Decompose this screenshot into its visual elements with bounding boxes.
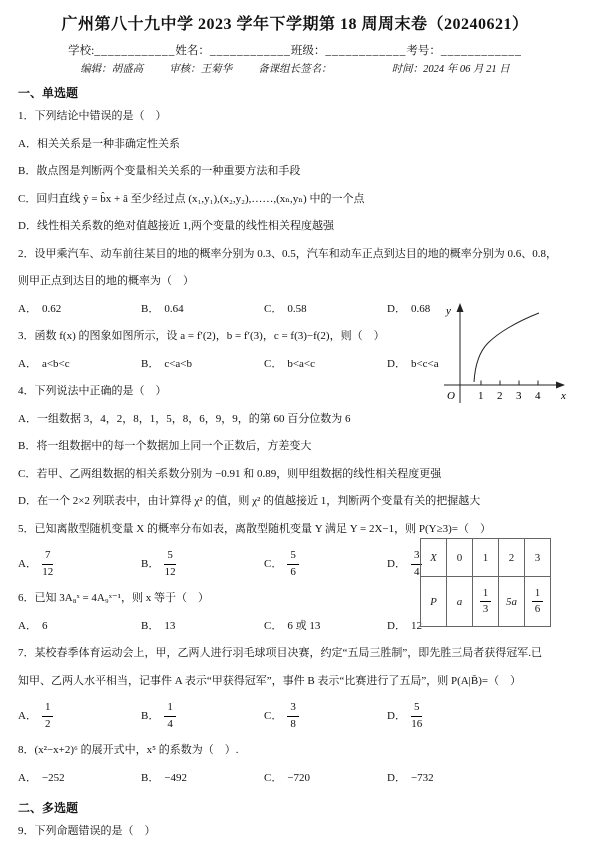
q3-function-graph: y x O 1 2 3 4	[438, 299, 568, 407]
class-field: 班级：____________	[291, 44, 407, 59]
reviewer-name: 审核：王菊华	[169, 62, 232, 77]
table-row-x: X 0 1 2 3	[421, 539, 551, 577]
exam-number-field: 考号：____________	[406, 44, 522, 59]
exam-number-label: 考号：	[406, 45, 441, 57]
school-label: 学校:	[68, 45, 94, 57]
page-title: 广州第八十九中学 2023 学年下学期第 18 周周末卷（20240621）	[18, 13, 572, 37]
school-field: 学校:____________	[68, 44, 175, 59]
question-9-text: 9．下列命题错误的是（ ）	[18, 818, 572, 842]
graph-tick-label-3: 3	[516, 390, 522, 402]
section-single-choice: 一、单选题	[18, 83, 572, 103]
table-cell-x1: 1	[473, 539, 499, 577]
q8-options: A．−252 B．−492 C．−720 D．−732	[18, 765, 572, 793]
q5-option-d: D．34	[387, 549, 422, 578]
q3-option-a: A．a<b<c	[18, 351, 141, 379]
exam-page: 广州第八十九中学 2023 学年下学期第 18 周周末卷（20240621） 学…	[0, 0, 590, 842]
table-cell-p3: 16	[525, 577, 551, 627]
q1-option-a: A．相关关系是一种非确定性关系	[18, 131, 572, 159]
q7-option-c: C．38	[264, 701, 387, 730]
q2-option-d: D．0.68	[387, 296, 430, 324]
q4-option-b: B．将一组数据中的每一个数据加上同一个正数后，方差变大	[18, 433, 572, 461]
graph-y-label: y	[445, 305, 451, 317]
question-1-text: 1．下列结论中错误的是（ ）	[18, 103, 572, 131]
y-axis-arrow-icon	[457, 303, 464, 312]
graph-tick-label-1: 1	[478, 390, 484, 402]
q6-option-d: D．12	[387, 613, 422, 641]
table-cell-p1: 13	[473, 577, 499, 627]
section-multi-choice: 二、多选题	[18, 798, 572, 818]
q4-option-d: D．在一个 2×2 列联表中，由计算得 χ² 的值，则 χ² 的值越接近 1，判…	[18, 488, 572, 516]
q6-option-a: A．6	[18, 613, 141, 641]
q3-option-d: D．b<c<a	[387, 351, 439, 379]
class-label: 班级：	[291, 45, 326, 57]
table-cell-x2: 2	[499, 539, 525, 577]
q8-option-a: A．−252	[18, 765, 141, 793]
question-2-text-line1: 2．设甲乘汽车、动车前往某目的地的概率分别为 0.3、0.5，汽车和动车正点到达…	[18, 241, 572, 269]
q5-option-a: A．712	[18, 549, 141, 578]
exam-date: 时间：2024 年 06 月 21 日	[392, 62, 510, 77]
meta-line: 编辑：胡盛高 审核：王菊华 备课组长签名： 时间：2024 年 06 月 21 …	[18, 62, 572, 77]
table-cell-x3: 3	[525, 539, 551, 577]
q6-option-b: B．13	[141, 613, 264, 641]
table-cell-x: X	[421, 539, 447, 577]
q2-option-c: C．0.58	[264, 296, 387, 324]
class-blank: ____________	[325, 45, 406, 57]
question-7-text-line1: 7．某校春季体育运动会上，甲，乙两人进行羽毛球项目决赛，约定“五局三胜制”，即先…	[18, 640, 572, 668]
function-curve	[474, 313, 539, 382]
table-cell-x0: 0	[447, 539, 473, 577]
question-8-text: 8．(x²−x+2)⁶ 的展开式中，x⁵ 的系数为（ ）.	[18, 737, 572, 765]
q5-option-c: C．56	[264, 549, 387, 578]
q2-option-b: B．0.64	[141, 296, 264, 324]
q1-option-b: B．散点图是判断两个变量相关关系的一种重要方法和手段	[18, 158, 572, 186]
q7-options: A．12 B．14 C．38 D．516	[18, 695, 572, 737]
graph-x-label: x	[560, 390, 566, 402]
name-label: 姓名：	[175, 45, 210, 57]
exam-number-blank: ____________	[441, 45, 522, 57]
q1-option-d: D．线性相关系数的绝对值越接近 1,两个变量的线性相关程度越强	[18, 213, 572, 241]
q3-option-c: C．b<a<c	[264, 351, 387, 379]
question-7-text-line2: 知甲、乙两人水平相当，记事件 A 表示“甲获得冠军”，事件 B 表示“比赛进行了…	[18, 668, 572, 696]
student-info-line: 学校:____________ 姓名：____________ 班级：_____…	[18, 44, 572, 59]
graph-tick-label-4: 4	[535, 390, 541, 402]
q4-option-a: A．一组数据 3，4，2，8，1，5，8，6，9，9，的第 60 百分位数为 6	[18, 406, 572, 434]
table-cell-p0: a	[447, 577, 473, 627]
editor-name: 编辑：胡盛高	[80, 62, 143, 77]
q8-option-d: D．−732	[387, 765, 434, 793]
q7-option-a: A．12	[18, 701, 141, 730]
q5-distribution-table: X 0 1 2 3 P a 13 5a 16	[420, 538, 551, 627]
q5-option-b: B．512	[141, 549, 264, 578]
q7-option-b: B．14	[141, 701, 264, 730]
q8-option-b: B．−492	[141, 765, 264, 793]
graph-tick-label-2: 2	[497, 390, 503, 402]
q7-option-d: D．516	[387, 701, 422, 730]
name-blank: ____________	[210, 45, 291, 57]
q1-option-c: C．回归直线 ŷ = b̂x + â 至少经过点 (x₁,y₁),(x₂,y₂)…	[18, 186, 572, 214]
leader-signature-label: 备课组长签名：	[258, 62, 332, 77]
table-cell-p: P	[421, 577, 447, 627]
question-2-text-line2: 则甲正点到达目的地的概率为（ ）	[18, 268, 572, 296]
q8-option-c: C．−720	[264, 765, 387, 793]
table-row-p: P a 13 5a 16	[421, 577, 551, 627]
q6-option-c: C．6 或 13	[264, 613, 387, 641]
q4-option-c: C．若甲、乙两组数据的相关系数分别为 −0.91 和 0.89，则甲组数据的线性…	[18, 461, 572, 489]
graph-origin-label: O	[447, 390, 455, 402]
q2-option-a: A．0.62	[18, 296, 141, 324]
table-cell-p2: 5a	[499, 577, 525, 627]
q3-option-b: B．c<a<b	[141, 351, 264, 379]
school-blank: ____________	[94, 45, 175, 57]
name-field: 姓名：____________	[175, 44, 291, 59]
x-axis-arrow-icon	[556, 382, 565, 389]
